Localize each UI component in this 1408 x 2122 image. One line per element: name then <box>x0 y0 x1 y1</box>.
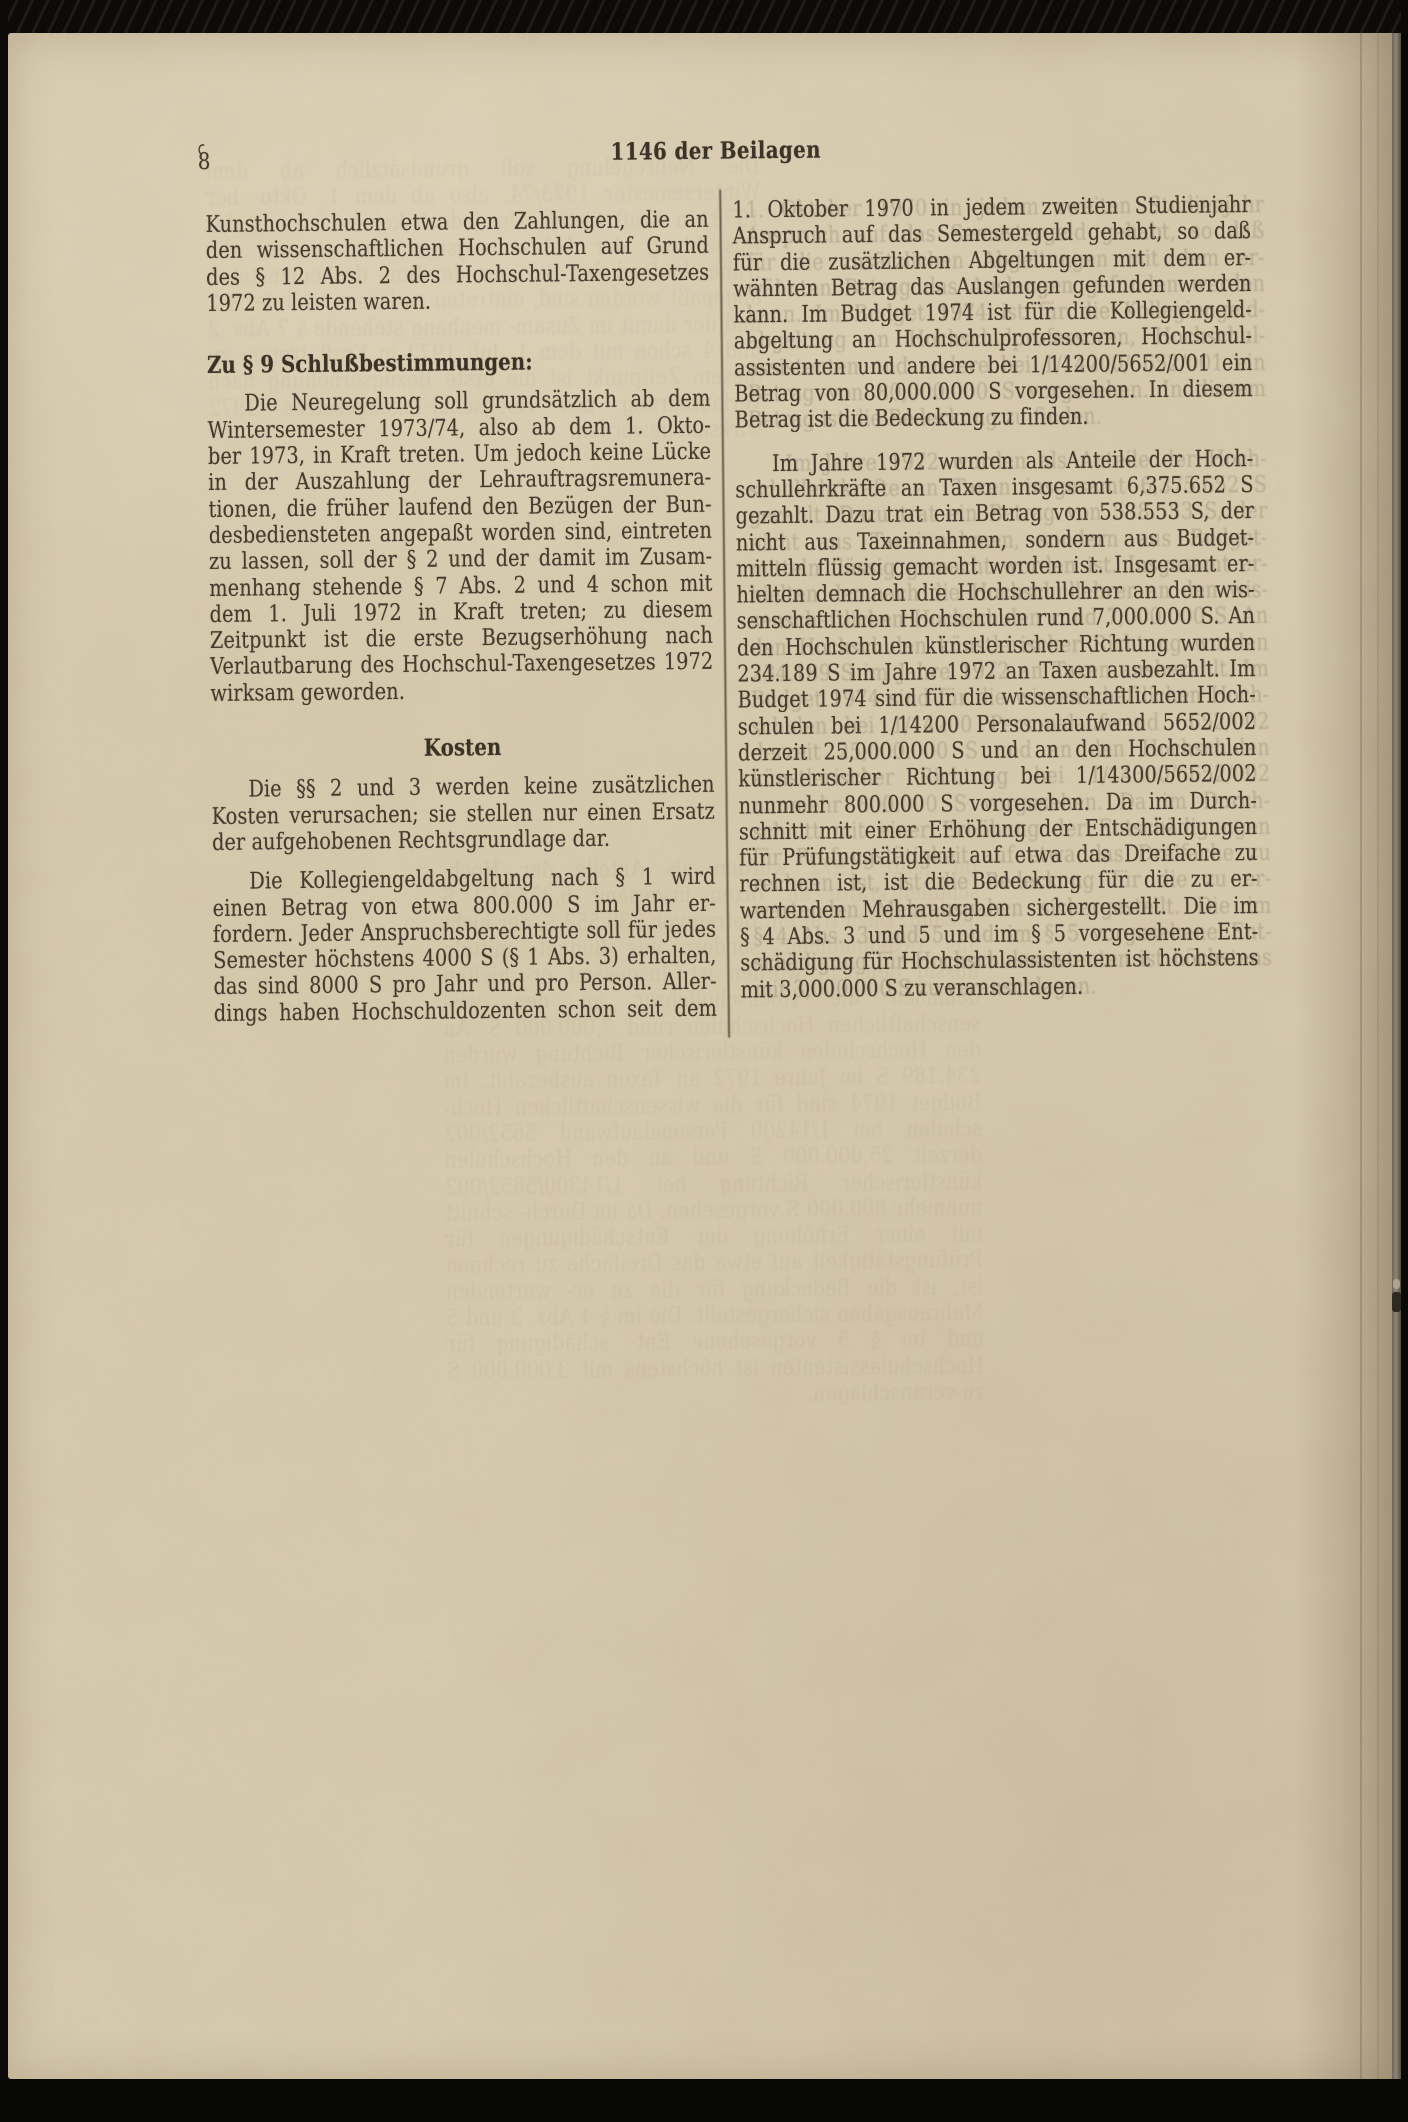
paragraph: Die §§ 2 und 3 werden keine zusätzlichen… <box>211 772 715 856</box>
text-line: Betrag ist die Bedeckung zu finden. <box>734 402 1253 434</box>
text-line: mit 3,000.000 S zu veranschlagen. <box>740 972 1259 1004</box>
section-heading-schlussbestimmungen: Zu § 9 Schlußbestimmungen: <box>207 347 710 379</box>
text-line: des § 12 Abs. 2 des Hochschul-Taxengeset… <box>206 259 709 291</box>
text-line: dings haben Hochschuldozenten schon seit… <box>214 995 717 1027</box>
left-column: Kunsthochschulen etwa den Zahlungen, die… <box>205 207 717 1027</box>
book-page-edges <box>1392 33 1401 2079</box>
page-number: 8 <box>198 149 211 175</box>
scanner-background-bottom <box>0 2079 1408 2122</box>
text-line: Kosten verursachen; sie stellen nur eine… <box>212 798 715 830</box>
text-line: der aufgehobenen Rechtsgrundlage dar. <box>212 825 715 857</box>
paragraph: Die Neuregelung soll grundsätzlich ab de… <box>207 386 713 707</box>
paragraph: Im Jahre 1972 wurden als Anteile der Hoc… <box>735 446 1259 1004</box>
scanner-background-left <box>0 0 8 2122</box>
paragraph: 1. Oktober 1970 in jedem zweiten Studien… <box>732 192 1253 434</box>
scanner-background-top <box>0 0 1408 33</box>
handwritten-mark <box>196 136 206 162</box>
edge-mark <box>1393 1279 1400 1289</box>
section-heading-kosten: Kosten <box>211 732 714 764</box>
right-column: 1. Oktober 1970 in jedem zweiten Studien… <box>732 192 1259 1003</box>
text-line: Verlautbarung des Hochschul-Taxengesetze… <box>210 649 713 681</box>
column-divider <box>719 190 730 1038</box>
running-header: 1146 der Beilagen <box>610 137 821 165</box>
scanner-background-right <box>1401 0 1408 2122</box>
page-stack-edge-line <box>1360 33 1362 2079</box>
text-line: schädigung für Hochschulassistenten ist … <box>740 945 1259 977</box>
document-page: Die Neuregelung soll grundsätzlich ab de… <box>8 33 1392 2079</box>
edge-mark <box>1392 1292 1401 1312</box>
page-stack-edge-line <box>1377 33 1379 2079</box>
paragraph: Die Kollegiengeldabgeltung nach § 1 wird… <box>212 864 717 1027</box>
text-line: 1972 zu leisten waren. <box>206 286 709 318</box>
text-line: wirksam geworden. <box>210 675 713 707</box>
page-content: Die Neuregelung soll grundsätzlich ab de… <box>8 33 1392 2079</box>
paragraph: Kunsthochschulen etwa den Zahlungen, die… <box>205 207 709 317</box>
